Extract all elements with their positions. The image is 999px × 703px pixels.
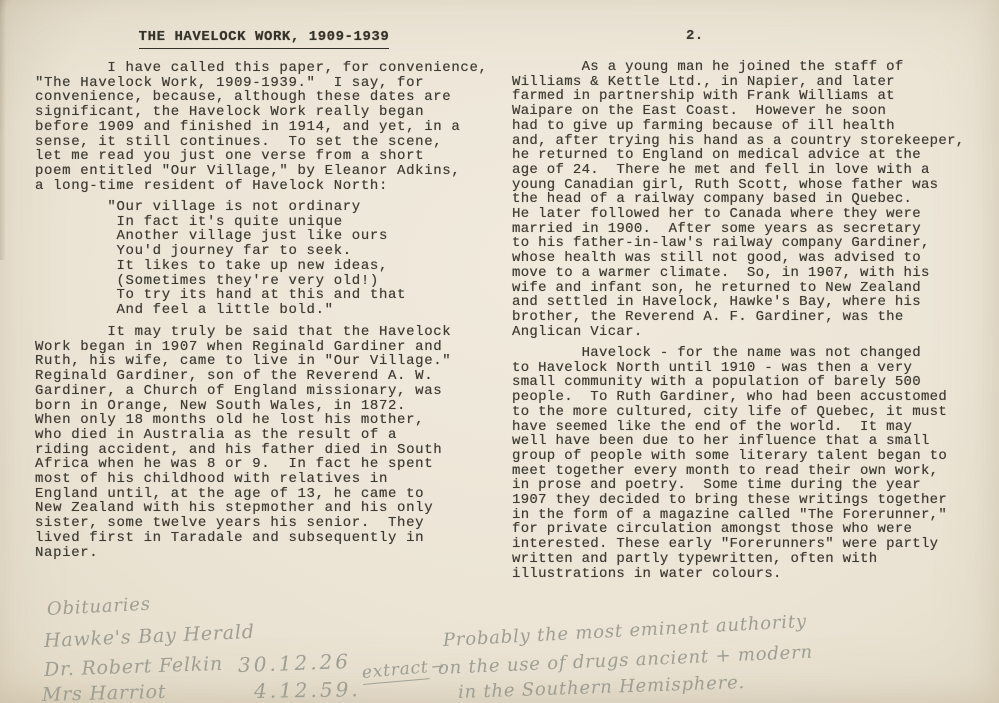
right-column-paragraph-1: As a young man he joined the staff of Wi… <box>512 60 964 339</box>
left-column-paragraph-1: I have called this paper, for convenienc… <box>35 61 488 193</box>
document-title-container: THE HAVELOCK WORK, 1909-1939 <box>35 27 493 49</box>
annotation-extract-label: extract <box>361 657 429 685</box>
annotation-extract: extract→ <box>361 656 446 683</box>
annotation-newspaper-name: Hawke's Bay Herald <box>44 621 256 652</box>
annotation-dr-robert-felkin: Dr. Robert Felkin <box>44 653 224 681</box>
right-column-paragraph-2: Havelock - for the name was not changed … <box>512 346 947 581</box>
scanned-document-page: THE HAVELOCK WORK, 1909-1939 2. I have c… <box>0 0 999 703</box>
annotation-date-2: 4.12.59. <box>254 677 361 703</box>
annotation-obituaries: Obituaries <box>46 594 151 620</box>
annotation-authority-line-3: in the Southern Hemisphere. <box>458 672 746 703</box>
document-title: THE HAVELOCK WORK, 1909-1939 <box>139 29 390 49</box>
page-number: 2. <box>686 28 703 44</box>
poem-verse: "Our village is not ordinary In fact it'… <box>35 200 406 318</box>
left-column-paragraph-2: It may truly be said that the Havelock W… <box>35 325 451 560</box>
annotation-mrs-harriot: Mrs Harriot <box>42 681 167 703</box>
annotation-date-1: 30.12.26 <box>238 649 352 677</box>
